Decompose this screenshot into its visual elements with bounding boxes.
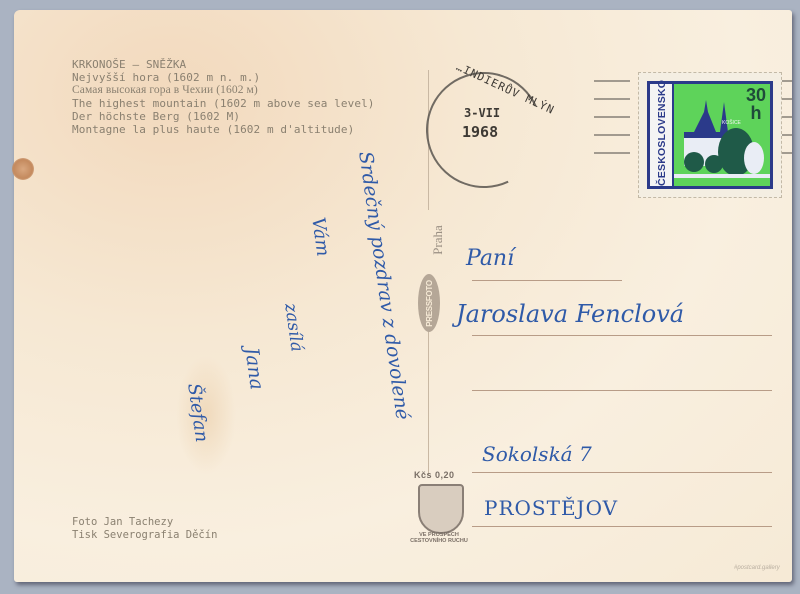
- address-line: [472, 280, 622, 281]
- message-line: Vám: [307, 216, 333, 258]
- address-line: [472, 526, 772, 527]
- address-street: Sokolská 7: [482, 442, 592, 466]
- caption-title: KRKONOŠE — SNĚŽKA: [72, 58, 375, 71]
- message-line: Jana: [240, 346, 268, 391]
- franking-value: Kčs 0,20: [414, 470, 455, 480]
- pressfoto-text: PRESSFOTO: [425, 280, 434, 327]
- divider-line: [428, 330, 429, 475]
- message-line: Srdečný pozdrav z dovolené: [354, 150, 413, 421]
- caption-line-de: Der höchste Berg (1602 M): [72, 110, 375, 123]
- stamp-value: 30h: [746, 86, 766, 122]
- cancel-line: [594, 134, 630, 136]
- cancel-line: [594, 80, 630, 82]
- credits: Foto Jan Tachezy Tisk Severografia Děčín: [72, 516, 217, 542]
- stamp-value-unit: h: [746, 104, 766, 122]
- pressfoto-logo: PRESSFOTO: [418, 274, 440, 332]
- caption: KRKONOŠE — SNĚŽKA Nejvyšší hora (1602 m …: [72, 58, 375, 136]
- cancel-line: [594, 98, 630, 100]
- franking-ring-text: VE PROSPĚCH CESTOVNÍHO RUCHU: [402, 532, 476, 544]
- caption-line-en: The highest mountain (1602 m above sea l…: [72, 97, 375, 110]
- stamp-city: KOŠICE: [722, 120, 741, 126]
- address-name: Jaroslava Fenclová: [456, 300, 684, 328]
- stamp-country: ČESKOSLOVENSKO: [656, 82, 668, 186]
- address-salutation: Paní: [466, 246, 514, 271]
- caption-line-cz: Nejvyšší hora (1602 m n. m.): [72, 71, 375, 84]
- stamp-design: ČESKOSLOVENSKO 30h KOŠICE: [647, 81, 773, 189]
- address-line: [472, 390, 772, 391]
- address-city: PROSTĚJOV: [484, 496, 618, 520]
- address-line: [472, 335, 772, 336]
- stamp-band: ČESKOSLOVENSKO: [650, 84, 674, 186]
- franking-mark: Kčs 0,20 VE PROSPĚCH CESTOVNÍHO RUCHU: [402, 466, 476, 544]
- address-line: [472, 472, 772, 473]
- stamp-value-number: 30: [746, 86, 766, 104]
- caption-line-fr: Montagne la plus haute (1602 m d'altitud…: [72, 123, 375, 136]
- photo-credit: Foto Jan Tachezy: [72, 516, 217, 529]
- postmark-date: 3-VII: [464, 106, 500, 120]
- print-credit: Tisk Severografia Děčín: [72, 529, 217, 542]
- watermark: #postcard.gallery: [734, 565, 780, 571]
- stain: [12, 158, 34, 180]
- publisher-city: Praha: [430, 220, 446, 260]
- postage-stamp: ČESKOSLOVENSKO 30h KOŠICE: [638, 72, 782, 198]
- castle-emblem-icon: [418, 484, 464, 534]
- caption-line-ru: Самая высокая гора в Чехии (1602 м): [72, 84, 375, 97]
- postcard-back: KRKONOŠE — SNĚŽKA Nejvyšší hora (1602 m …: [14, 10, 792, 582]
- cancel-line: [594, 116, 630, 118]
- message-line: zasílá: [280, 302, 307, 353]
- postmark-year: 1968: [462, 123, 498, 141]
- cancel-line: [594, 152, 630, 154]
